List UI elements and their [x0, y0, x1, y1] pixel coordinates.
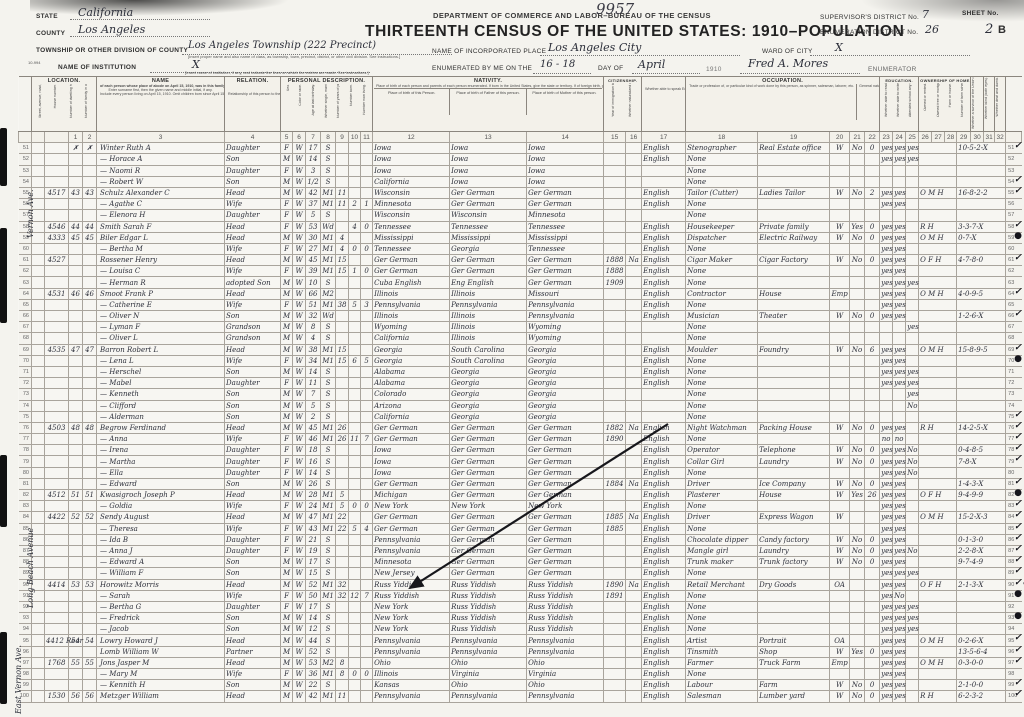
children-living: 5 [361, 355, 373, 366]
home-ownership [919, 165, 957, 176]
trade: None [686, 389, 758, 400]
mother-birthplace: Pennsylvania [527, 311, 604, 322]
weeks-out-of-work [865, 512, 880, 523]
mother-birthplace: Georgia [527, 400, 604, 411]
industry [758, 176, 830, 187]
column-number: 14 [527, 132, 604, 143]
employment-class [830, 176, 850, 187]
home-ownership: O M H [919, 657, 957, 668]
relation: Son [225, 366, 281, 377]
mother-birthplace: Ger German [527, 545, 604, 556]
house-number [45, 601, 69, 612]
ownership-group: OWNERSHIP OF HOME. Owned or rented. Owne… [919, 77, 971, 132]
immigration-year: 1888 [604, 255, 626, 266]
weeks-out-of-work: 0 [865, 557, 880, 568]
reads: yes [880, 624, 893, 635]
marital-status: M1 [321, 255, 336, 266]
house-number [45, 545, 69, 556]
children-born [349, 534, 361, 545]
marital-status: M1 [321, 523, 336, 534]
dwelling-number [69, 501, 83, 512]
out-of-work [850, 613, 865, 624]
children-living [361, 579, 373, 590]
trade: Musician [686, 311, 758, 322]
trade: None [686, 243, 758, 254]
years-married [336, 165, 349, 176]
house-number [45, 311, 69, 322]
line-number-text: 60 [1008, 246, 1014, 252]
immigration-year [604, 299, 626, 310]
home-ownership [919, 389, 957, 400]
reads: yes [880, 512, 893, 523]
industry [758, 366, 830, 377]
dwelling-number [69, 389, 83, 400]
annotation-code: 1-2-6-X [957, 311, 1006, 322]
weeks-out-of-work: 0 [865, 534, 880, 545]
children-born [349, 411, 361, 422]
out-of-work [850, 523, 865, 534]
sex: M [281, 389, 293, 400]
table-row: 66— Oliver NSonMW32WdIllinoisIllinoisPen… [19, 311, 1022, 322]
naturalization: Na [626, 255, 642, 266]
column-number: 31 [984, 132, 995, 143]
attended-school [906, 311, 919, 322]
relation: Head [225, 579, 281, 590]
age: 42 [306, 691, 321, 702]
color-race: W [293, 590, 306, 601]
street-cell [32, 378, 45, 389]
sex: F [281, 243, 293, 254]
name-group: NAME of each person whose place of abode… [97, 77, 225, 132]
relation: Son [225, 624, 281, 635]
age: 19 [306, 545, 321, 556]
children-born [349, 389, 361, 400]
dwelling-number: 43 [69, 187, 83, 198]
marital-status: S [321, 165, 336, 176]
checkmark-annotation: ✓ [1014, 566, 1022, 576]
attended-school: yes [906, 154, 919, 165]
language: English [642, 624, 686, 635]
immigration-year [604, 344, 626, 355]
color-race: W [293, 467, 306, 478]
sex: F [281, 221, 293, 232]
dwelling-number [69, 311, 83, 322]
column-number: 24 [893, 132, 906, 143]
house-number: 1768 [45, 657, 69, 668]
writes: yes [893, 601, 906, 612]
trade: None [686, 165, 758, 176]
line-number-right: 93● [1006, 613, 1022, 624]
dwelling-number [69, 434, 83, 445]
township-note: [Insert proper name and also name of cla… [188, 54, 458, 59]
industry [758, 165, 830, 176]
dwelling-col-label: Number of dwelling house in order of vis… [70, 84, 74, 118]
home-ownership: O M H [919, 232, 957, 243]
language: English [642, 512, 686, 523]
annotation-code: 2-1-0-0 [957, 680, 1006, 691]
dwelling-number: 56 [69, 691, 83, 702]
children-living [361, 545, 373, 556]
family-number [83, 601, 97, 612]
writes [893, 411, 906, 422]
language: English [642, 311, 686, 322]
table-row: 62— Louisa CWifeFW39M11510Ger GermanGer … [19, 266, 1022, 277]
immigration-year: 1890 [604, 579, 626, 590]
annotation-code: 14-2-5-X [957, 422, 1006, 433]
marital-status: M1 [321, 490, 336, 501]
industry [758, 601, 830, 612]
weeks-out-of-work [865, 411, 880, 422]
out-of-work [850, 366, 865, 377]
family-number [83, 266, 97, 277]
father-birthplace: Georgia [450, 243, 527, 254]
writes: no [893, 434, 906, 445]
reads: yes [880, 490, 893, 501]
age: 14 [306, 366, 321, 377]
mother-birthplace: Ger German [527, 255, 604, 266]
mother-birthplace: Georgia [527, 411, 604, 422]
attended-school [906, 635, 919, 646]
table-row: 8245125151Kwasigroch Joseph PHeadMW28M15… [19, 490, 1022, 501]
weeks-out-of-work [865, 366, 880, 377]
reads: yes [880, 255, 893, 266]
annotation-code: 2-2-8-X [957, 545, 1006, 556]
immigration-year [604, 322, 626, 333]
street-cell [32, 322, 45, 333]
checkmark-annotation: ✓✓ [1014, 578, 1024, 588]
color-race: W [293, 176, 306, 187]
relation: Head [225, 344, 281, 355]
age: 14 [306, 467, 321, 478]
relation: Head [225, 512, 281, 523]
reads: yes [880, 534, 893, 545]
industry: Shop [758, 646, 830, 657]
state-underline [70, 9, 210, 20]
house-number: 4546 [45, 221, 69, 232]
trade: None [686, 378, 758, 389]
children-born [349, 210, 361, 221]
column-number: 15 [604, 132, 626, 143]
employment-class [830, 669, 850, 680]
weeks-out-of-work [865, 355, 880, 366]
weeks-out-of-work [865, 322, 880, 333]
weeks-out-of-work [865, 389, 880, 400]
dwelling-number [69, 378, 83, 389]
relation: Head [225, 232, 281, 243]
industry: Express Wagon [758, 512, 830, 523]
family-number [83, 456, 97, 467]
person-name: — Sarah [97, 590, 225, 601]
years-married [336, 680, 349, 691]
person-name: — Anna J [97, 545, 225, 556]
house-number [45, 680, 69, 691]
mother-birthplace: Ger German [527, 187, 604, 198]
sex-col-label: Sex. [287, 84, 291, 91]
father-birthplace: Ger German [450, 434, 527, 445]
employment-class: W [830, 143, 850, 154]
blind-col-header: Whether blind (both eyes). [984, 77, 995, 132]
father-birthplace: South Carolina [450, 355, 527, 366]
annotation-code: 10-5-2-X [957, 143, 1006, 154]
birthplace: Pennsylvania [373, 635, 450, 646]
mother-birthplace: New York [527, 501, 604, 512]
trade: Operator [686, 445, 758, 456]
father-birthplace: Tennessee [450, 221, 527, 232]
sex: F [281, 210, 293, 221]
home-ownership: O M H [919, 187, 957, 198]
family-number [83, 366, 97, 377]
father-birthplace: Mississippi [450, 232, 527, 243]
line-number-text: 68 [1008, 335, 1014, 341]
home-ownership [919, 266, 957, 277]
naturalization [626, 590, 642, 601]
checkmark-annotation: ✓ [1014, 253, 1022, 263]
dwelling-number [69, 523, 83, 534]
sex: M [281, 322, 293, 333]
immigration-year [604, 691, 626, 702]
color-race: W [293, 210, 306, 221]
annotation-code: 15-2-X-3 [957, 512, 1006, 523]
sex: M [281, 344, 293, 355]
street-cell [32, 355, 45, 366]
weeks-out-of-work [865, 590, 880, 601]
township-label: TOWNSHIP OR OTHER DIVISION OF COUNTY [36, 47, 188, 54]
industry [758, 333, 830, 344]
home-ownership [919, 154, 957, 165]
immigration-year [604, 467, 626, 478]
home-ownership [919, 176, 957, 187]
mother-birthplace: Russ Yiddish [527, 613, 604, 624]
attended-school [906, 221, 919, 232]
children-living [361, 176, 373, 187]
out-of-work [850, 434, 865, 445]
out-of-work [850, 165, 865, 176]
sex: M [281, 187, 293, 198]
language: English [642, 255, 686, 266]
house-number [45, 400, 69, 411]
weeks-out-of-work [865, 635, 880, 646]
table-row: 6445314646Smoot Frank PHeadMW66M2Illinoi… [19, 288, 1022, 299]
marital-status: S [321, 400, 336, 411]
home-ownership [919, 355, 957, 366]
age: 42 [306, 187, 321, 198]
language: English [642, 456, 686, 467]
english-col-label: Whether able to speak English; or, if no… [643, 87, 684, 91]
sex: M [281, 691, 293, 702]
trade: None [686, 333, 758, 344]
children-living [361, 557, 373, 568]
line-number: 51 [19, 143, 32, 154]
dwelling-number: 55 [69, 657, 83, 668]
family-number [83, 624, 97, 635]
children-living [361, 232, 373, 243]
attended-school [906, 333, 919, 344]
birthplace: Illinois [373, 288, 450, 299]
father-birthplace: Georgia [450, 389, 527, 400]
age: 37 [306, 199, 321, 210]
person-name: — Oliver N [97, 311, 225, 322]
industry: Truck Farm [758, 657, 830, 668]
naturalization [626, 243, 642, 254]
naturalization [626, 545, 642, 556]
children-born [349, 445, 361, 456]
house-number [45, 322, 69, 333]
family-number: 56 [83, 691, 97, 702]
employment-class [830, 467, 850, 478]
immigration-year: 1909 [604, 277, 626, 288]
industry: Farm [758, 680, 830, 691]
house-number [45, 411, 69, 422]
table-row: 9717685555Jons Jasper MHeadMW53M28OhioOh… [19, 657, 1022, 668]
trade: Trunk maker [686, 557, 758, 568]
writes: yes [893, 187, 906, 198]
reads [880, 411, 893, 422]
house-number [45, 355, 69, 366]
marital-status: M1 [321, 355, 336, 366]
employment-class: W [830, 680, 850, 691]
relation: Head [225, 691, 281, 702]
column-number [19, 132, 32, 143]
table-row: 5545174343Schulz Alexander CHeadMW42M111… [19, 187, 1022, 198]
dwelling-number [69, 411, 83, 422]
immigration-year [604, 232, 626, 243]
employment-class [830, 355, 850, 366]
immigration-year: 1891 [604, 590, 626, 601]
line-number-right: 91● [1006, 590, 1022, 601]
person-name: — Catherine E [97, 299, 225, 310]
family-number: 47 [83, 344, 97, 355]
language: English [642, 378, 686, 389]
children-born [349, 322, 361, 333]
relation: Head [225, 288, 281, 299]
children-born [349, 311, 361, 322]
checkmark-annotation: ✓ [1014, 141, 1022, 151]
out-of-work [850, 299, 865, 310]
birthplace: Minnesota [373, 557, 450, 568]
children-living [361, 143, 373, 154]
color-race: W [293, 512, 306, 523]
color-race: W [293, 434, 306, 445]
mother-birthplace: Iowa [527, 143, 604, 154]
reads: yes [880, 657, 893, 668]
birthplace: Wisconsin [373, 210, 450, 221]
years-married: 8 [336, 669, 349, 680]
weeks-out-of-work: 0 [865, 255, 880, 266]
writes: yes [893, 613, 906, 624]
mother-birthplace: Virginia [527, 669, 604, 680]
annotation-code [957, 568, 1006, 579]
house-number [45, 478, 69, 489]
employment-class: W [830, 478, 850, 489]
children-living [361, 400, 373, 411]
language: English [642, 579, 686, 590]
children-living [361, 422, 373, 433]
attended-school [906, 355, 919, 366]
writes: yes [893, 568, 906, 579]
street-cell [32, 478, 45, 489]
children-living: 7 [361, 590, 373, 601]
person-name: Jons Jasper M [97, 657, 225, 668]
weeks-out-of-work: 6 [865, 344, 880, 355]
birthplace: Ger German [373, 422, 450, 433]
industry: Portrait [758, 635, 830, 646]
weeks-out-of-work [865, 210, 880, 221]
person-name: — Edward A [97, 557, 225, 568]
citizenship-group: CITIZENSHIP. Year of immigration to the … [604, 77, 642, 132]
children-born: 1 [349, 266, 361, 277]
children-living: 7 [361, 434, 373, 445]
years-married: 11 [336, 691, 349, 702]
relation-title: RELATION. [226, 77, 279, 84]
farm-house-col-label: Farm or house. [949, 83, 953, 107]
father-birthplace: Wisconsin [450, 210, 527, 221]
color-race: W [293, 545, 306, 556]
years-married: 15 [336, 355, 349, 366]
out-of-work [850, 590, 865, 601]
marital-col-label: Whether single, married, widowed, or div… [325, 84, 329, 118]
home-ownership [919, 445, 957, 456]
children-born [349, 646, 361, 657]
naturalization [626, 389, 642, 400]
children-born [349, 187, 361, 198]
reads: yes [880, 378, 893, 389]
color-race: W [293, 557, 306, 568]
children-living [361, 490, 373, 501]
family-number [83, 545, 97, 556]
pob-self-col-label: Place of birth of this Person. [374, 89, 450, 115]
home-ownership: O F H [919, 490, 957, 501]
dwelling-number [69, 176, 83, 187]
weeks-out-of-work: 0 [865, 545, 880, 556]
color-race: W [293, 422, 306, 433]
line-number: 61 [19, 255, 32, 266]
attended-school [906, 669, 919, 680]
naturalization [626, 635, 642, 646]
line-number-text: 72 [1008, 380, 1014, 386]
checkmark-annotation: ✓ [1014, 645, 1022, 655]
person-name: — Louisa C [97, 266, 225, 277]
naturalization [626, 691, 642, 702]
children-born [349, 478, 361, 489]
relation: Son [225, 176, 281, 187]
reads: no [880, 434, 893, 445]
naturalization [626, 523, 642, 534]
attended-school [906, 490, 919, 501]
dwelling-number [69, 255, 83, 266]
children-living [361, 456, 373, 467]
language: English [642, 601, 686, 612]
language: English [642, 277, 686, 288]
employment-class [830, 165, 850, 176]
language: English [642, 243, 686, 254]
age: 53 [306, 657, 321, 668]
age: 28 [306, 490, 321, 501]
writes: yes [893, 545, 906, 556]
color-race: W [293, 143, 306, 154]
naturalization [626, 657, 642, 668]
trade: Night Watchman [686, 422, 758, 433]
out-of-work: Yes [850, 490, 865, 501]
birthplace: Tennessee [373, 221, 450, 232]
employment-class: W [830, 445, 850, 456]
weeks-out-of-work: 26 [865, 490, 880, 501]
naturalization [626, 322, 642, 333]
reads: yes [880, 579, 893, 590]
children-living [361, 467, 373, 478]
industry [758, 434, 830, 445]
house-number [45, 590, 69, 601]
attended-school: yes [906, 624, 919, 635]
